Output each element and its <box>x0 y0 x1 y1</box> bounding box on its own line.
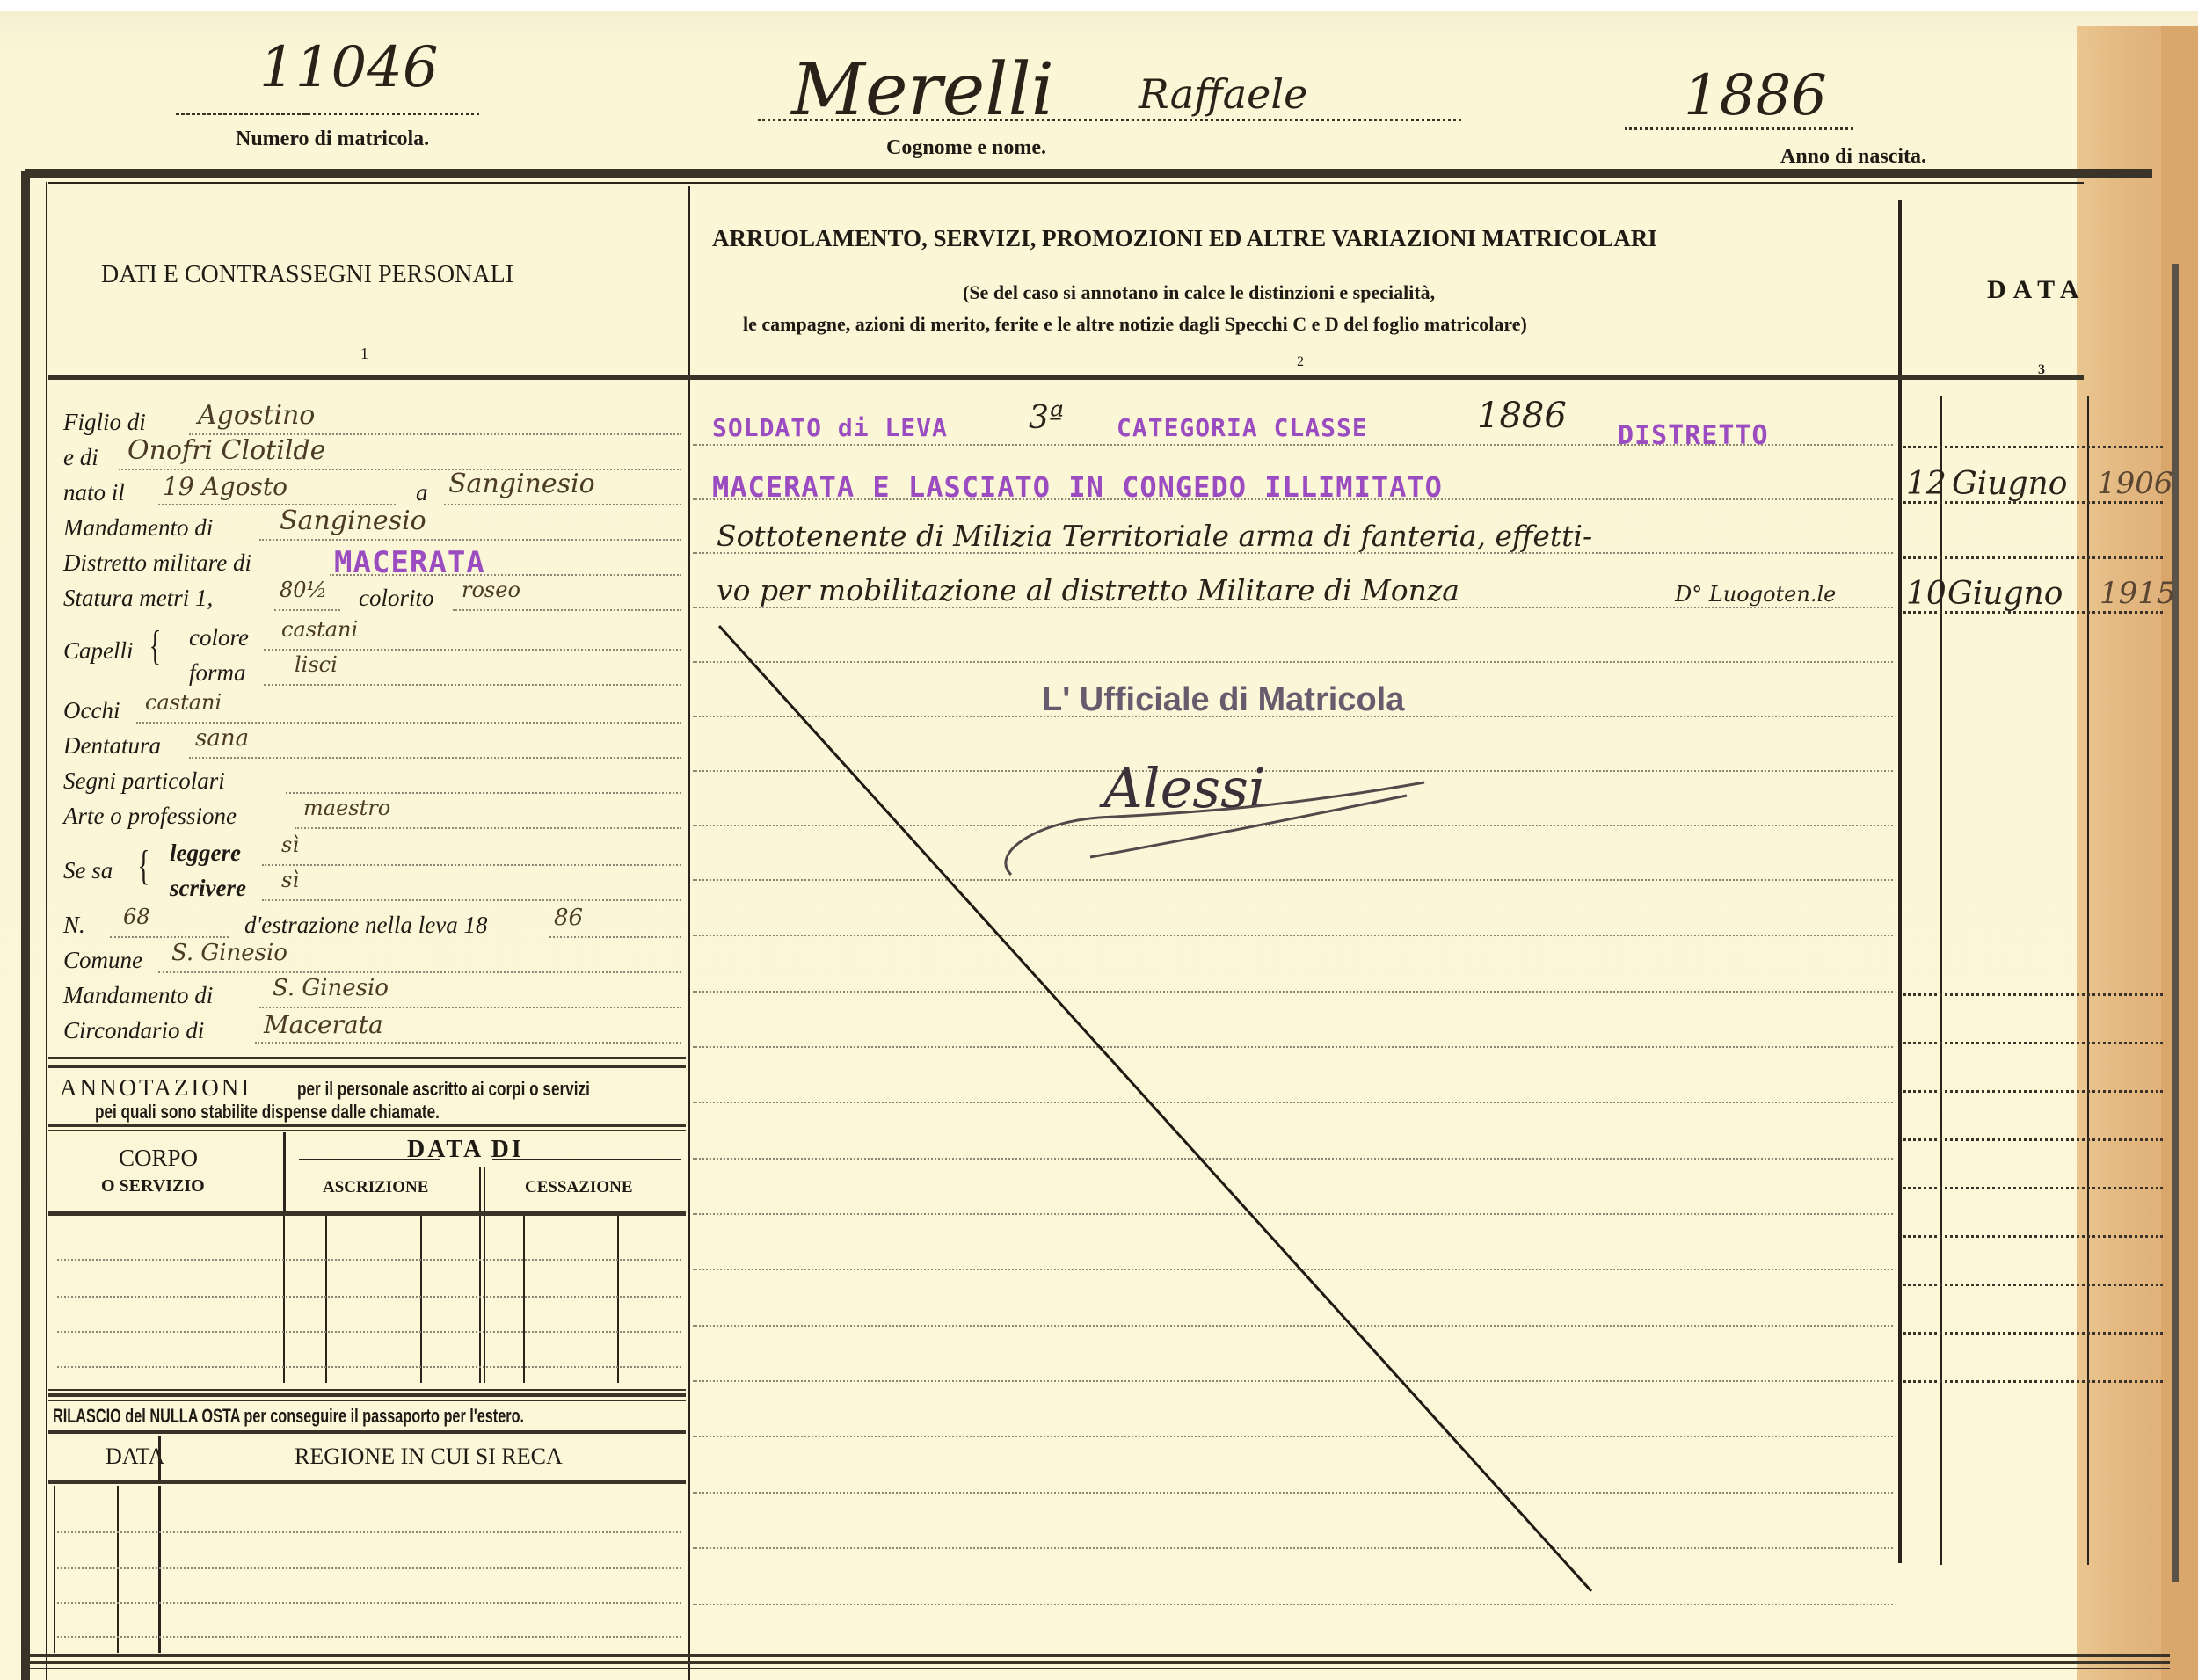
dotline <box>158 971 681 973</box>
dotline <box>453 609 681 611</box>
dotline <box>1903 1138 2163 1141</box>
col3-title: DATA <box>1987 275 2086 305</box>
dotline <box>57 1296 681 1298</box>
rule <box>48 1389 686 1391</box>
matricola-number: 11046 <box>259 35 439 100</box>
rule <box>48 1393 686 1397</box>
header-bottom-rule <box>48 375 2084 380</box>
dotline <box>57 1259 681 1261</box>
entry2-year: 1915 <box>2100 576 2176 611</box>
annotazioni-title: ANNOTAZIONI <box>60 1074 251 1102</box>
dotline <box>295 827 681 829</box>
value-statura: 80½ <box>280 578 327 602</box>
rule <box>617 1216 619 1383</box>
dotline <box>1903 446 2163 448</box>
value-colorito: roseo <box>462 578 520 602</box>
matricola-dotline-full <box>176 113 479 115</box>
bottom-rule <box>25 1661 2170 1664</box>
value-mandamento-2: S. Ginesio <box>273 975 389 1001</box>
dotline <box>1903 1284 2163 1286</box>
dotline <box>57 1531 681 1533</box>
col1-number: 1 <box>360 345 368 363</box>
tape-edge <box>2161 26 2198 1680</box>
given-name-value: Raffaele <box>1139 70 1307 118</box>
value-hair-form: lisci <box>295 652 338 677</box>
label-mandamento-di: Mandamento di <box>63 514 213 542</box>
entry1-year: 1906 <box>2097 466 2173 501</box>
label-se-sa: Se sa <box>63 857 113 884</box>
col1-divider <box>688 186 690 1680</box>
label-occhi: Occhi <box>63 697 120 724</box>
rule <box>48 1065 686 1068</box>
scan-edge <box>0 0 2198 11</box>
rule <box>283 1216 285 1383</box>
rule <box>48 1130 686 1131</box>
col2-note-line1: (Se del caso si annotano in calce le dis… <box>963 281 1435 304</box>
label-statura: Statura metri 1, <box>63 585 213 612</box>
col1-title: DATI E CONTRASSEGNI PERSONALI <box>101 261 513 289</box>
annotazioni-title-line2: pei quali sono stabilite dispense dalle … <box>95 1101 440 1124</box>
label-leggere: leggere <box>170 840 241 867</box>
entry2-text-line2: vo per mobilitazione al distretto Milita… <box>717 573 1459 607</box>
value-leggere: sì <box>281 833 299 857</box>
value-comune: S. Ginesio <box>171 940 287 966</box>
dotline <box>119 469 681 470</box>
label-colorito: colorito <box>359 585 434 612</box>
dotline <box>1903 1235 2163 1238</box>
label-arte-professione: Arte o professione <box>63 803 237 830</box>
value-estrazione-number: 68 <box>123 905 150 929</box>
brace-icon: { <box>149 622 162 670</box>
birth-year-dotline <box>1625 127 1853 130</box>
dotline <box>330 574 681 576</box>
dotline <box>1903 556 2163 559</box>
bottom-rule <box>25 1668 2170 1669</box>
dotline <box>189 757 681 759</box>
dotline <box>286 792 681 794</box>
rule <box>158 1436 161 1480</box>
entry1-stamp-soldato: SOLDATO di LEVA <box>712 413 948 442</box>
label-colore: colore <box>189 624 249 651</box>
dotline <box>57 1567 681 1569</box>
date-day-divider <box>1940 396 1942 1565</box>
rule <box>420 1216 422 1383</box>
label-mandamento-di-2: Mandamento di <box>63 982 213 1009</box>
value-scrivere: sì <box>281 868 299 892</box>
rule <box>283 1132 286 1211</box>
label-capelli: Capelli <box>63 637 134 665</box>
brace-icon: { <box>138 841 150 890</box>
frame-left-rule <box>21 171 30 1680</box>
flourish-rule <box>299 1159 440 1160</box>
entry1-stamp-distretto: DISTRETTO <box>1618 420 1769 451</box>
cessazione-label: CESSAZIONE <box>525 1178 633 1197</box>
value-mother: Onofri Clotilde <box>127 435 325 466</box>
rule <box>48 1057 686 1059</box>
nulla-osta-title: RILASCIO del NULLA OSTA per conseguire i… <box>53 1405 524 1428</box>
value-birthplace: Sanginesio <box>448 469 595 499</box>
entry1-classe: 1886 <box>1477 396 1567 436</box>
nulla-osta-data-label: DATA <box>106 1444 164 1470</box>
label-scrivere: scrivere <box>170 875 246 902</box>
frame-top-inner-rule <box>48 182 2084 184</box>
entry1-stamp-categoria: CATEGORIA CLASSE <box>1117 413 1368 442</box>
dotline <box>262 864 681 866</box>
rule <box>479 1216 481 1383</box>
dotline <box>1903 1332 2163 1335</box>
entry1-day: 12 <box>1906 466 1947 502</box>
value-dentatura: sana <box>195 725 249 752</box>
birth-year-value: 1886 <box>1684 63 1827 128</box>
value-eyes: castani <box>145 690 222 715</box>
label-figlio-di: Figlio di <box>63 409 146 436</box>
frame-left-inner-rule <box>46 182 47 1680</box>
date-month-divider <box>2087 396 2089 1565</box>
rule <box>48 1430 686 1434</box>
col2-number: 2 <box>1297 354 1304 370</box>
col2-note-line2: le campagne, azioni di merito, ferite e … <box>743 313 1527 336</box>
name-dotline <box>758 119 1461 121</box>
dotline <box>1903 993 2163 996</box>
entry1-categoria: 3ª <box>1029 400 1064 436</box>
label-nato-il: nato il <box>63 479 125 506</box>
rule <box>48 1124 686 1127</box>
dotline <box>1903 1187 2163 1189</box>
value-professione: maestro <box>303 796 390 820</box>
rule <box>523 1216 525 1383</box>
ascrizione-label: ASCRIZIONE <box>323 1178 428 1197</box>
label-dentatura: Dentatura <box>63 732 161 760</box>
frame-top-rule <box>25 169 2152 178</box>
rule <box>117 1486 119 1653</box>
dotline <box>264 649 681 651</box>
label-e-di: e di <box>63 444 98 471</box>
value-hair-color: castani <box>281 617 358 642</box>
regione-label: REGIONE IN CUI SI RECA <box>295 1444 563 1470</box>
rule <box>48 1480 686 1484</box>
entry2-decree: D° Luogoten.le <box>1675 582 1836 607</box>
dotline <box>264 684 681 686</box>
rule <box>48 1211 686 1216</box>
value-mandamento: Sanginesio <box>280 505 426 536</box>
birth-year-label: Anno di nascita. <box>1780 145 1926 169</box>
label-segni-particolari: Segni particolari <box>63 767 225 795</box>
dotline <box>1903 1380 2163 1383</box>
cancel-diagonal-line <box>703 615 1600 1600</box>
dotline <box>57 1602 681 1604</box>
entry2-text-line1: Sottotenente di Milizia Territoriale arm… <box>717 519 1592 553</box>
dotline <box>693 1604 1893 1605</box>
dotline <box>262 899 681 901</box>
entry2-month: Giugno <box>1947 576 2063 612</box>
dotline <box>136 722 681 724</box>
rule <box>479 1167 481 1211</box>
dotline <box>549 936 681 938</box>
dotline <box>259 1007 681 1008</box>
label-distretto-militare: Distretto militare di <box>63 549 251 577</box>
value-leva-year: 86 <box>554 905 583 931</box>
dotline <box>259 539 681 541</box>
dotline <box>57 1636 681 1638</box>
rule <box>325 1216 327 1383</box>
matricola-label: Numero di matricola. <box>236 127 429 151</box>
flourish-rule <box>492 1159 681 1160</box>
label-forma: forma <box>189 659 246 687</box>
rule <box>54 1486 55 1653</box>
rule <box>484 1216 485 1383</box>
col2-title: ARRUOLAMENTO, SERVIZI, PROMOZIONI ED ALT… <box>712 225 1657 252</box>
label-estrazione-leva: d'estrazione nella leva 18 <box>244 912 487 939</box>
servizio-label: O SERVIZIO <box>101 1176 205 1196</box>
rule <box>484 1167 485 1211</box>
value-father: Agostino <box>198 400 315 431</box>
frame-right-rule <box>2172 264 2179 1582</box>
dotline <box>110 936 229 938</box>
dotline <box>57 1366 681 1368</box>
label-n: N. <box>63 912 85 939</box>
col2-divider <box>1898 200 1902 1563</box>
label-a: a <box>416 479 428 506</box>
dotline <box>274 609 340 611</box>
label-comune: Comune <box>63 947 142 974</box>
value-birth-date: 19 Agosto <box>163 472 287 501</box>
dotline <box>57 1331 681 1333</box>
rule <box>48 1400 686 1401</box>
entry1-month: Giugno <box>1952 466 2067 502</box>
label-circondario-di: Circondario di <box>63 1017 204 1044</box>
dotline <box>1903 1042 2163 1044</box>
dotline <box>444 504 681 505</box>
dotline <box>255 1042 681 1044</box>
rule <box>158 1486 161 1653</box>
annotazioni-title-rest: per il personale ascritto ai corpi o ser… <box>297 1078 590 1101</box>
value-circondario: Macerata <box>264 1010 383 1039</box>
bottom-rule <box>25 1654 2170 1657</box>
entry2-day: 10 <box>1906 576 1947 612</box>
entry1-stamp-line2: MACERATA E LASCIATO IN CONGEDO ILLIMITAT… <box>712 470 1443 504</box>
dotline <box>1903 1090 2163 1093</box>
corpo-label: CORPO <box>119 1145 198 1172</box>
name-label: Cognome e nome. <box>886 136 1046 160</box>
